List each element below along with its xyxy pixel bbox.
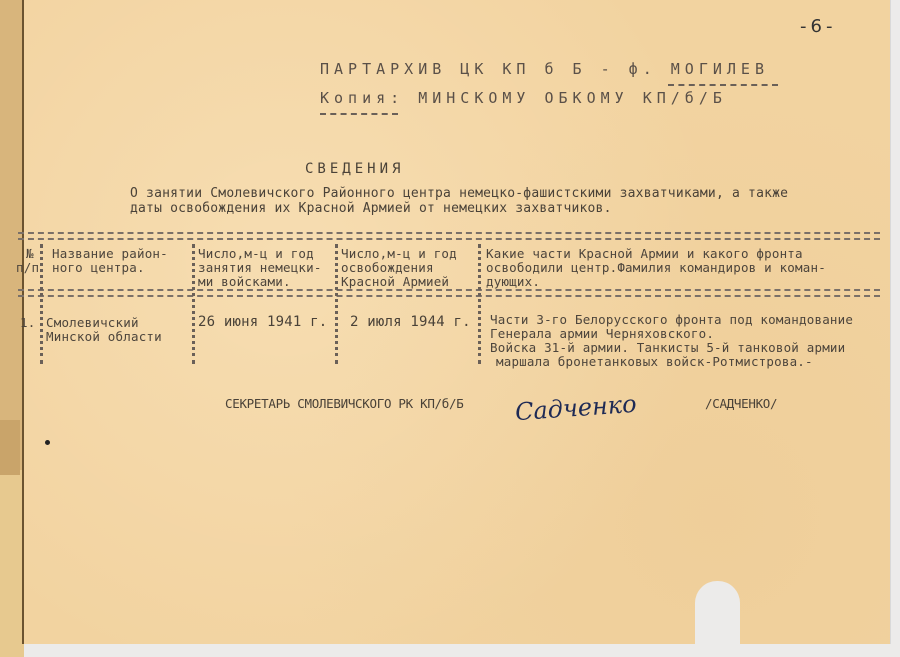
col-units-header-1: Какие части Красной Армии и какого фронт…: [486, 247, 803, 261]
col-occupied-header-3: ми войсками.: [198, 275, 291, 289]
center-name-2: Минской области: [46, 330, 162, 344]
subtitle-line-1: О занятии Смолевичского Районного центра…: [130, 186, 788, 201]
column-separator: [335, 244, 338, 364]
col-liberated-header-2: освобождения: [341, 261, 434, 275]
torn-edge: [695, 581, 740, 657]
table-header-rule: [18, 289, 880, 297]
col-liberated-header-3: Красной Армией: [341, 275, 449, 289]
liberating-units-3: Войска 31-й армии. Танкисты 5-й танковой…: [490, 341, 845, 355]
secretary-title: СЕКРЕТАРЬ СМОЛЕВИЧСКОГО РК КП/б/Б: [225, 396, 463, 411]
archive-header: ПАРТАРХИВ ЦК КП б Б - ф. МОГИЛЕВ: [320, 60, 769, 78]
col-num-header-2: п/п: [16, 261, 39, 275]
liberating-units-1: Части 3-го Белорусского фронта под коман…: [490, 313, 853, 327]
document-title: СВЕДЕНИЯ: [305, 161, 404, 177]
punch-hole: [45, 440, 50, 445]
liberation-date: 2 июля 1944 г.: [350, 314, 471, 330]
col-num-header-1: №: [26, 247, 34, 261]
copy-header: Копия: МИНСКОМУ ОБКОМУ КП/б/Б: [320, 89, 727, 107]
subtitle-line-2: даты освобождения их Красной Армией от н…: [130, 201, 612, 216]
occupation-date: 26 июня 1941 г.: [198, 314, 327, 330]
page-number: -6-: [800, 16, 836, 37]
secretary-name: /САДЧЕНКО/: [705, 396, 777, 411]
col-liberated-header-1: Число,м-ц и год: [341, 247, 457, 261]
table-top-rule: [18, 232, 880, 240]
col-center-header-1: Название район-: [52, 247, 168, 261]
column-separator: [192, 244, 195, 364]
copy-underline: [320, 113, 398, 115]
col-occupied-header-1: Число,м-ц и год: [198, 247, 314, 261]
col-units-header-2: освободили центр.Фамилия командиров и ко…: [486, 261, 826, 275]
column-separator: [478, 244, 481, 364]
liberating-units-4: маршала бронетанковых войск-Ротмистрова.…: [496, 355, 813, 369]
header-underline: [668, 84, 778, 86]
center-name-1: Смолевичский: [46, 316, 139, 330]
liberating-units-2: Генерала армии Черняховского.: [490, 327, 714, 341]
column-separator: [40, 244, 43, 364]
stain: [0, 420, 20, 475]
col-units-header-3: дующих.: [486, 275, 540, 289]
col-center-header-2: ного центра.: [52, 261, 145, 275]
row-number: 1.: [20, 316, 35, 330]
col-occupied-header-2: занятия немецки-: [198, 261, 322, 275]
